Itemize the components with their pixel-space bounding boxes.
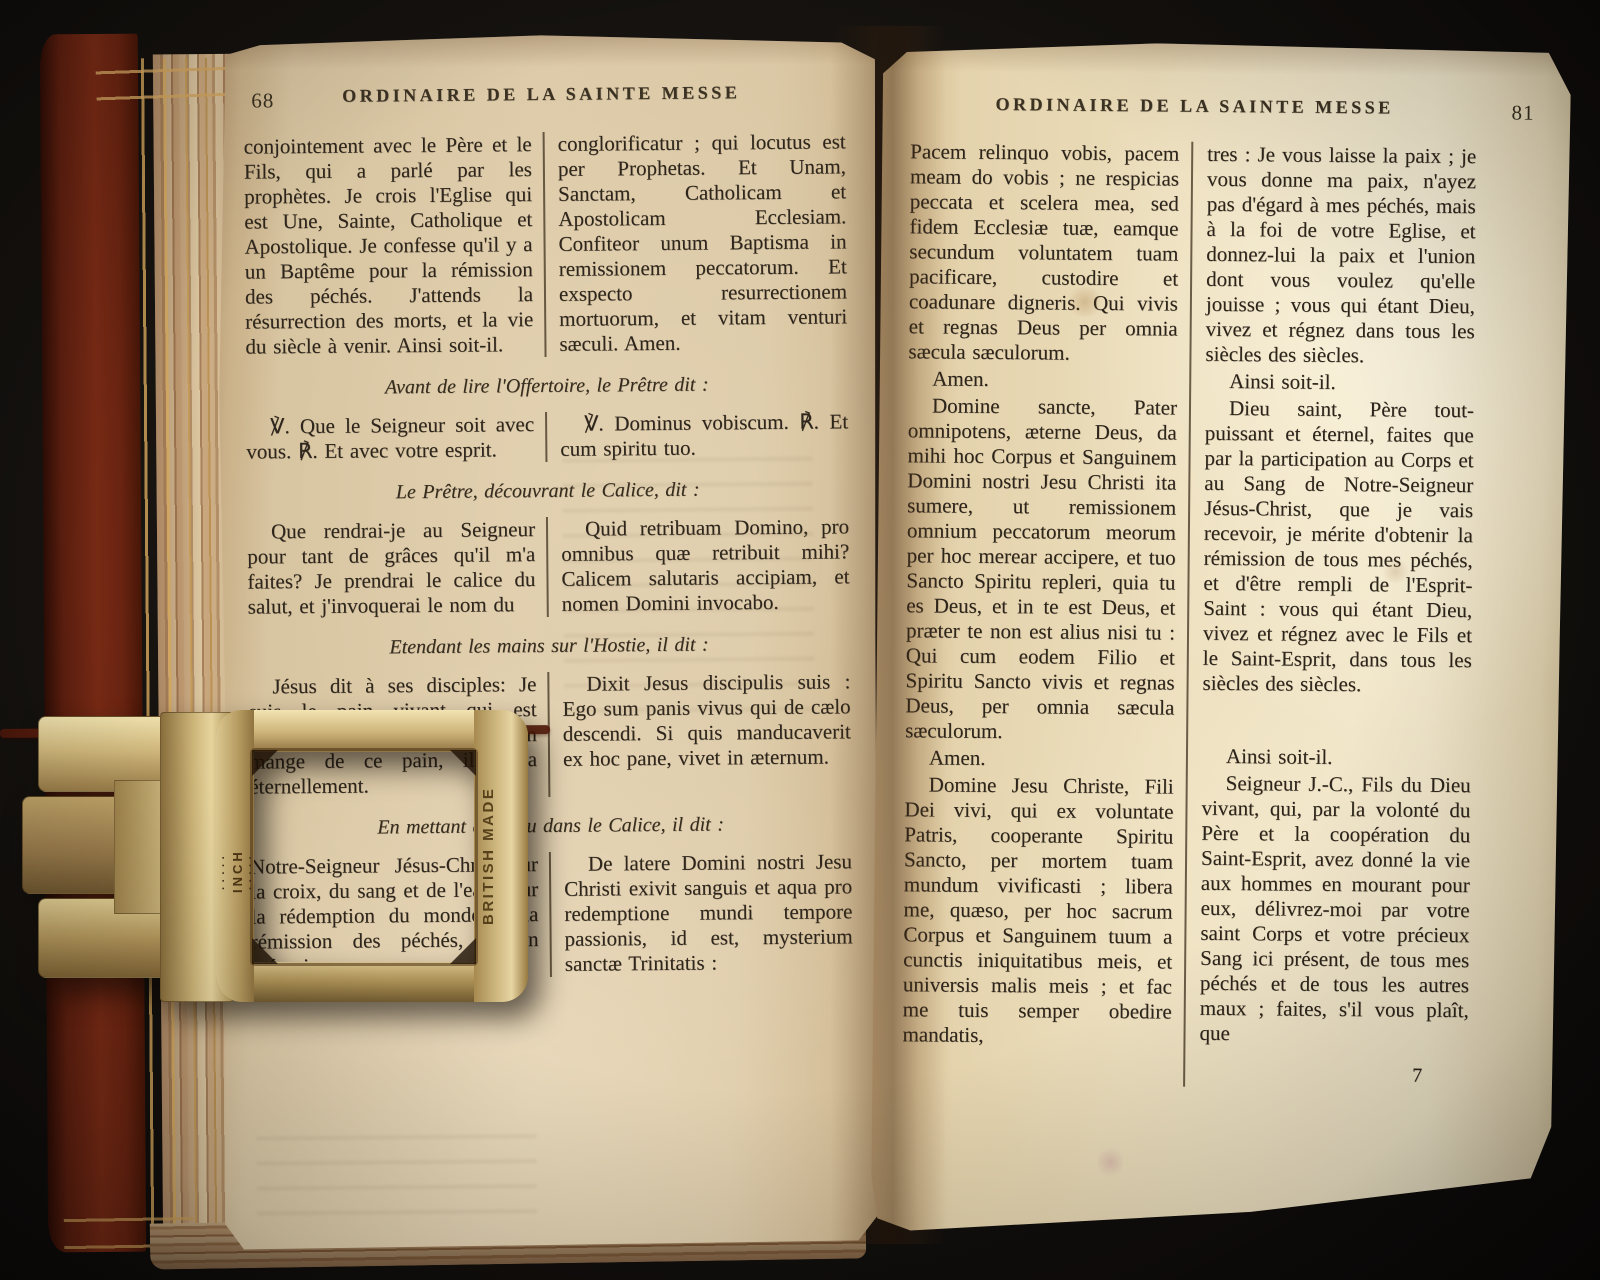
- ink-smudge: [1097, 1145, 1123, 1179]
- text-row-calice: Que rendrai-je au Seigneur pour tant de …: [247, 514, 850, 619]
- right-running-title: ORDINAIRE DE LA SAINTE MESSE: [913, 93, 1477, 119]
- french-ainsi-soit-il: Ainsi soit-il.: [1202, 744, 1471, 771]
- rubric-hostie: Etendant les mains sur l'Hostie, il dit …: [248, 631, 850, 661]
- leather-cover-edge: [40, 34, 147, 1253]
- french-paix-paragraph: tres : Je vous laisse la paix ; je vous …: [1205, 142, 1476, 369]
- left-page-number: 68: [251, 88, 274, 113]
- right-page-french-column: tres : Je vous laisse la paix ; je vous …: [1183, 142, 1476, 1089]
- left-page-header: 68 ORDINAIRE DE LA SAINTE MESSE: [247, 81, 835, 120]
- brass-clasp: INCH BRITISH MADE: [18, 688, 542, 1020]
- rubric-calice: Le Prêtre, découvrant le Calice, dit :: [247, 476, 849, 506]
- left-page: 68 ORDINAIRE DE LA SAINTE MESSE conjoint…: [207, 25, 886, 1251]
- latin-credo-paragraph: conglorificatur ; qui locutus est per Pr…: [543, 129, 848, 357]
- french-ainsi-soit-il: Ainsi soit-il.: [1205, 369, 1474, 396]
- french-calice-paragraph: Que rendrai-je au Seigneur pour tant de …: [247, 517, 547, 620]
- signature-mark: 7: [1199, 1062, 1468, 1089]
- ink-bleed-through: [256, 1133, 537, 1215]
- right-page: ORDINAIRE DE LA SAINTE MESSE 81 Pacem re…: [869, 35, 1573, 1241]
- latin-versicle: ℣. Dominus vobiscum. ℟. Et cum spiritu t…: [545, 409, 848, 462]
- right-page-header: ORDINAIRE DE LA SAINTE MESSE 81: [912, 93, 1476, 132]
- british-made-label: BRITISH MADE: [480, 736, 524, 976]
- rubric-offertoire: Avant de lire l'Offertoire, le Prêtre di…: [246, 371, 848, 401]
- latin-domine-sancte-paragraph: Domine sancte, Pater omnipotens, æterne …: [905, 393, 1177, 745]
- buckle-frame: INCH BRITISH MADE: [216, 710, 528, 1002]
- latin-hostie-paragraph: Dixit Jesus discipulis suis : Ego sum pa…: [547, 669, 851, 797]
- right-page-latin-column: Pacem relinquo vobis, pacem meam do vobi…: [902, 139, 1191, 1086]
- hinge-knuckle-middle: [22, 796, 122, 894]
- right-page-body: Pacem relinquo vobis, pacem meam do vobi…: [902, 139, 1476, 1089]
- left-running-title: ORDINAIRE DE LA SAINTE MESSE: [247, 81, 835, 107]
- french-seigneur-paragraph: Seigneur J.-C., Fils du Dieu vivant, qui…: [1199, 771, 1470, 1048]
- latin-amen: Amen.: [905, 745, 1174, 772]
- french-credo-paragraph: conjointement avec le Père et le Fils, q…: [244, 132, 545, 360]
- inch-scale-label: INCH: [218, 796, 252, 946]
- antique-book-photo: 68 ORDINAIRE DE LA SAINTE MESSE conjoint…: [0, 0, 1600, 1280]
- right-page-number: 81: [1511, 101, 1534, 126]
- french-versicle: ℣. Que le Seigneur soit avec vous. ℟. Et…: [246, 412, 545, 465]
- latin-amen: Amen.: [908, 366, 1177, 393]
- text-row-credo: conjointement avec le Père et le Fils, q…: [244, 129, 848, 359]
- latin-domine-jesu-paragraph: Domine Jesu Christe, Fili Dei vivi, qui …: [902, 772, 1173, 1049]
- text-row-versicle: ℣. Que le Seigneur soit avec vous. ℟. Et…: [246, 409, 848, 464]
- gilt-border-lines: [133, 58, 235, 1227]
- latin-calice-paragraph: Quid retribuam Domino, pro omnibus quæ r…: [546, 514, 850, 617]
- latin-pacem-paragraph: Pacem relinquo vobis, pacem meam do vobi…: [908, 139, 1179, 366]
- french-dieu-saint-paragraph: Dieu saint, Père tout-puissant et éterne…: [1202, 396, 1474, 698]
- buckle-window-bevel: [250, 748, 478, 966]
- latin-eau-paragraph: De latere Domini nostri Jesu Christi exi…: [549, 849, 853, 977]
